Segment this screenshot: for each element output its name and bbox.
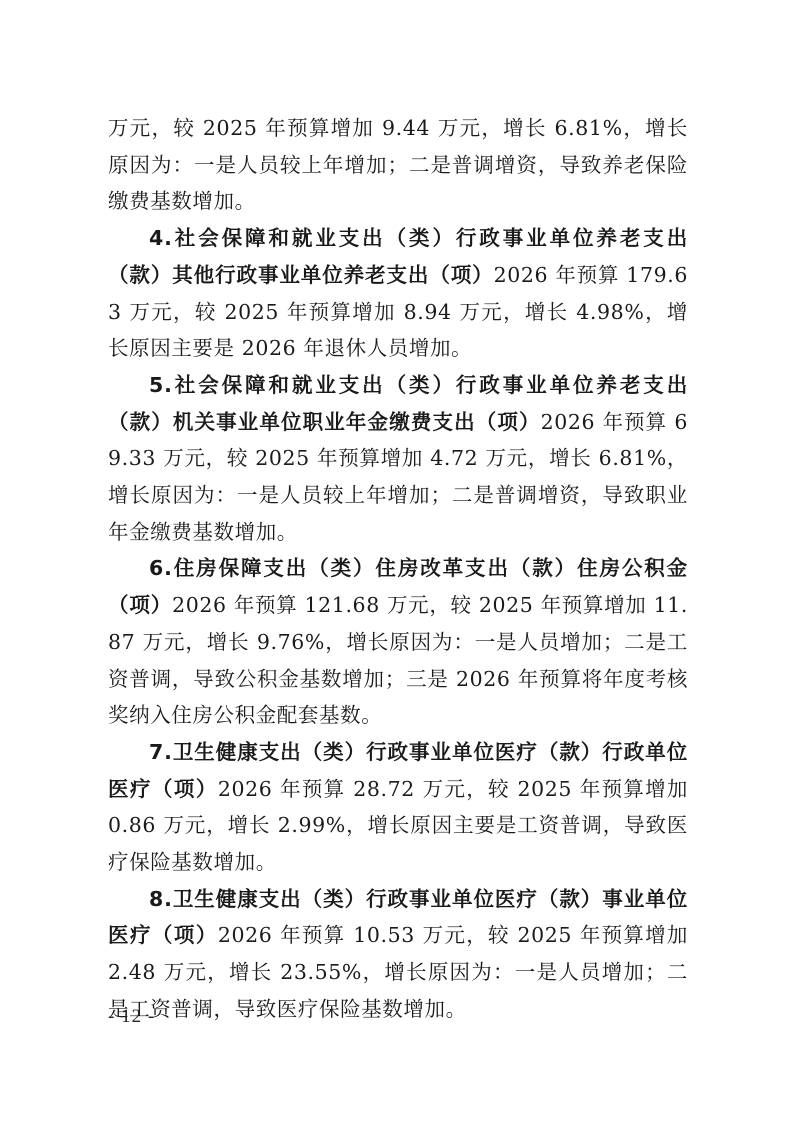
paragraph-item-4: 4.社会保障和就业支出（类）行政事业单位养老支出（款）其他行政事业单位养老支出（…: [108, 220, 688, 367]
paragraph-item-8: 8.卫生健康支出（类）行政事业单位医疗（款）事业单位医疗（项）2026 年预算 …: [108, 881, 688, 1028]
page-number: - 12 -: [108, 1006, 155, 1028]
paragraph-item-6: 6.住房保障支出（类）住房改革支出（款）住房公积金（项）2026 年预算 121…: [108, 550, 688, 734]
paragraph-body: 2026 年预算 121.68 万元，较 2025 年预算增加 11.87 万元…: [108, 593, 688, 727]
document-page: 万元，较 2025 年预算增加 9.44 万元，增长 6.81%，增长原因为：一…: [108, 110, 688, 1028]
paragraph-body: 万元，较 2025 年预算增加 9.44 万元，增长 6.81%，增长原因为：一…: [108, 116, 688, 213]
paragraph-item-5: 5.社会保障和就业支出（类）行政事业单位养老支出（款）机关事业单位职业年金缴费支…: [108, 367, 688, 551]
paragraph-continuation: 万元，较 2025 年预算增加 9.44 万元，增长 6.81%，增长原因为：一…: [108, 110, 688, 220]
paragraph-item-7: 7.卫生健康支出（类）行政事业单位医疗（款）行政单位医疗（项）2026 年预算 …: [108, 734, 688, 881]
